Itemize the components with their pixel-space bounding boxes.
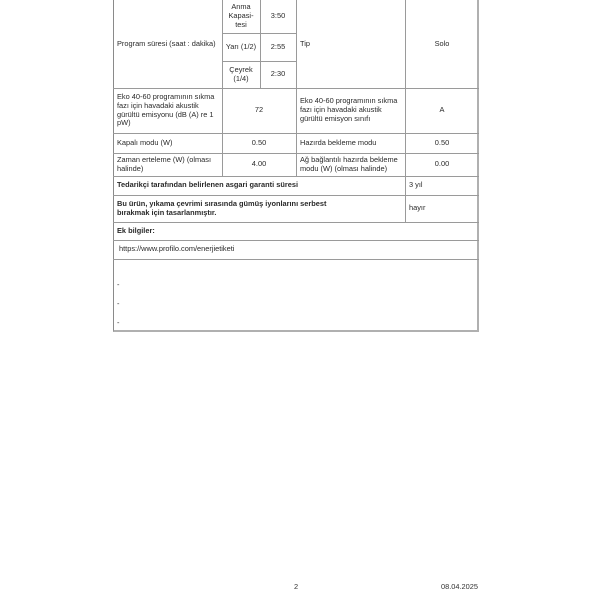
- program-row-label: Yarı (1/2): [222, 33, 260, 61]
- type-label: Tip: [296, 0, 405, 88]
- noise-emission-value: 72: [222, 88, 296, 133]
- extra-info-heading: Ek bilgiler:: [113, 222, 479, 240]
- delay-start-label: Zaman erteleme (W) (olması halinde): [113, 153, 222, 176]
- dash-item: -: [117, 300, 119, 309]
- noise-class-value: A: [405, 88, 479, 133]
- network-standby-label: Ağ bağlantılı hazırda bekleme modu (W) (…: [296, 153, 405, 176]
- program-row-value: 3:50: [260, 0, 296, 33]
- warranty-label: Tedarikçi tarafından belirlenen asgari g…: [113, 176, 405, 195]
- dash-item: -: [117, 281, 119, 290]
- silver-ions-value: hayır: [405, 195, 479, 222]
- program-duration-label: Program süresi (saat : dakika): [113, 0, 222, 88]
- program-row-value: 2:55: [260, 33, 296, 61]
- footer-date: 08.04.2025: [441, 583, 478, 592]
- noise-class-label: Eko 40-60 programının sıkma fazı için ha…: [296, 88, 405, 133]
- page-number: 2: [294, 583, 298, 592]
- off-mode-value: 0.50: [222, 133, 296, 153]
- dash-item: -: [117, 319, 119, 328]
- energy-label-link[interactable]: https://www.profilo.com/enerjietiketi: [113, 240, 479, 259]
- noise-emission-label: Eko 40-60 programının sıkma fazı için ha…: [113, 88, 222, 133]
- silver-ions-label: Bu ürün, yıkama çevrimi sırasında gümüş …: [113, 195, 405, 222]
- warranty-value: 3 yıl: [405, 176, 479, 195]
- type-value: Solo: [405, 0, 479, 88]
- off-mode-label: Kapalı modu (W): [113, 133, 222, 153]
- program-row-label: Çeyrek (1/4): [222, 61, 260, 88]
- standby-mode-value: 0.50: [405, 133, 479, 153]
- program-row-label: Anma Kapasi-tesi: [222, 0, 260, 33]
- standby-mode-label: Hazırda bekleme modu: [296, 133, 405, 153]
- network-standby-value: 0.00: [405, 153, 479, 176]
- program-row-value: 2:30: [260, 61, 296, 88]
- delay-start-value: 4.00: [222, 153, 296, 176]
- divider: [113, 259, 479, 260]
